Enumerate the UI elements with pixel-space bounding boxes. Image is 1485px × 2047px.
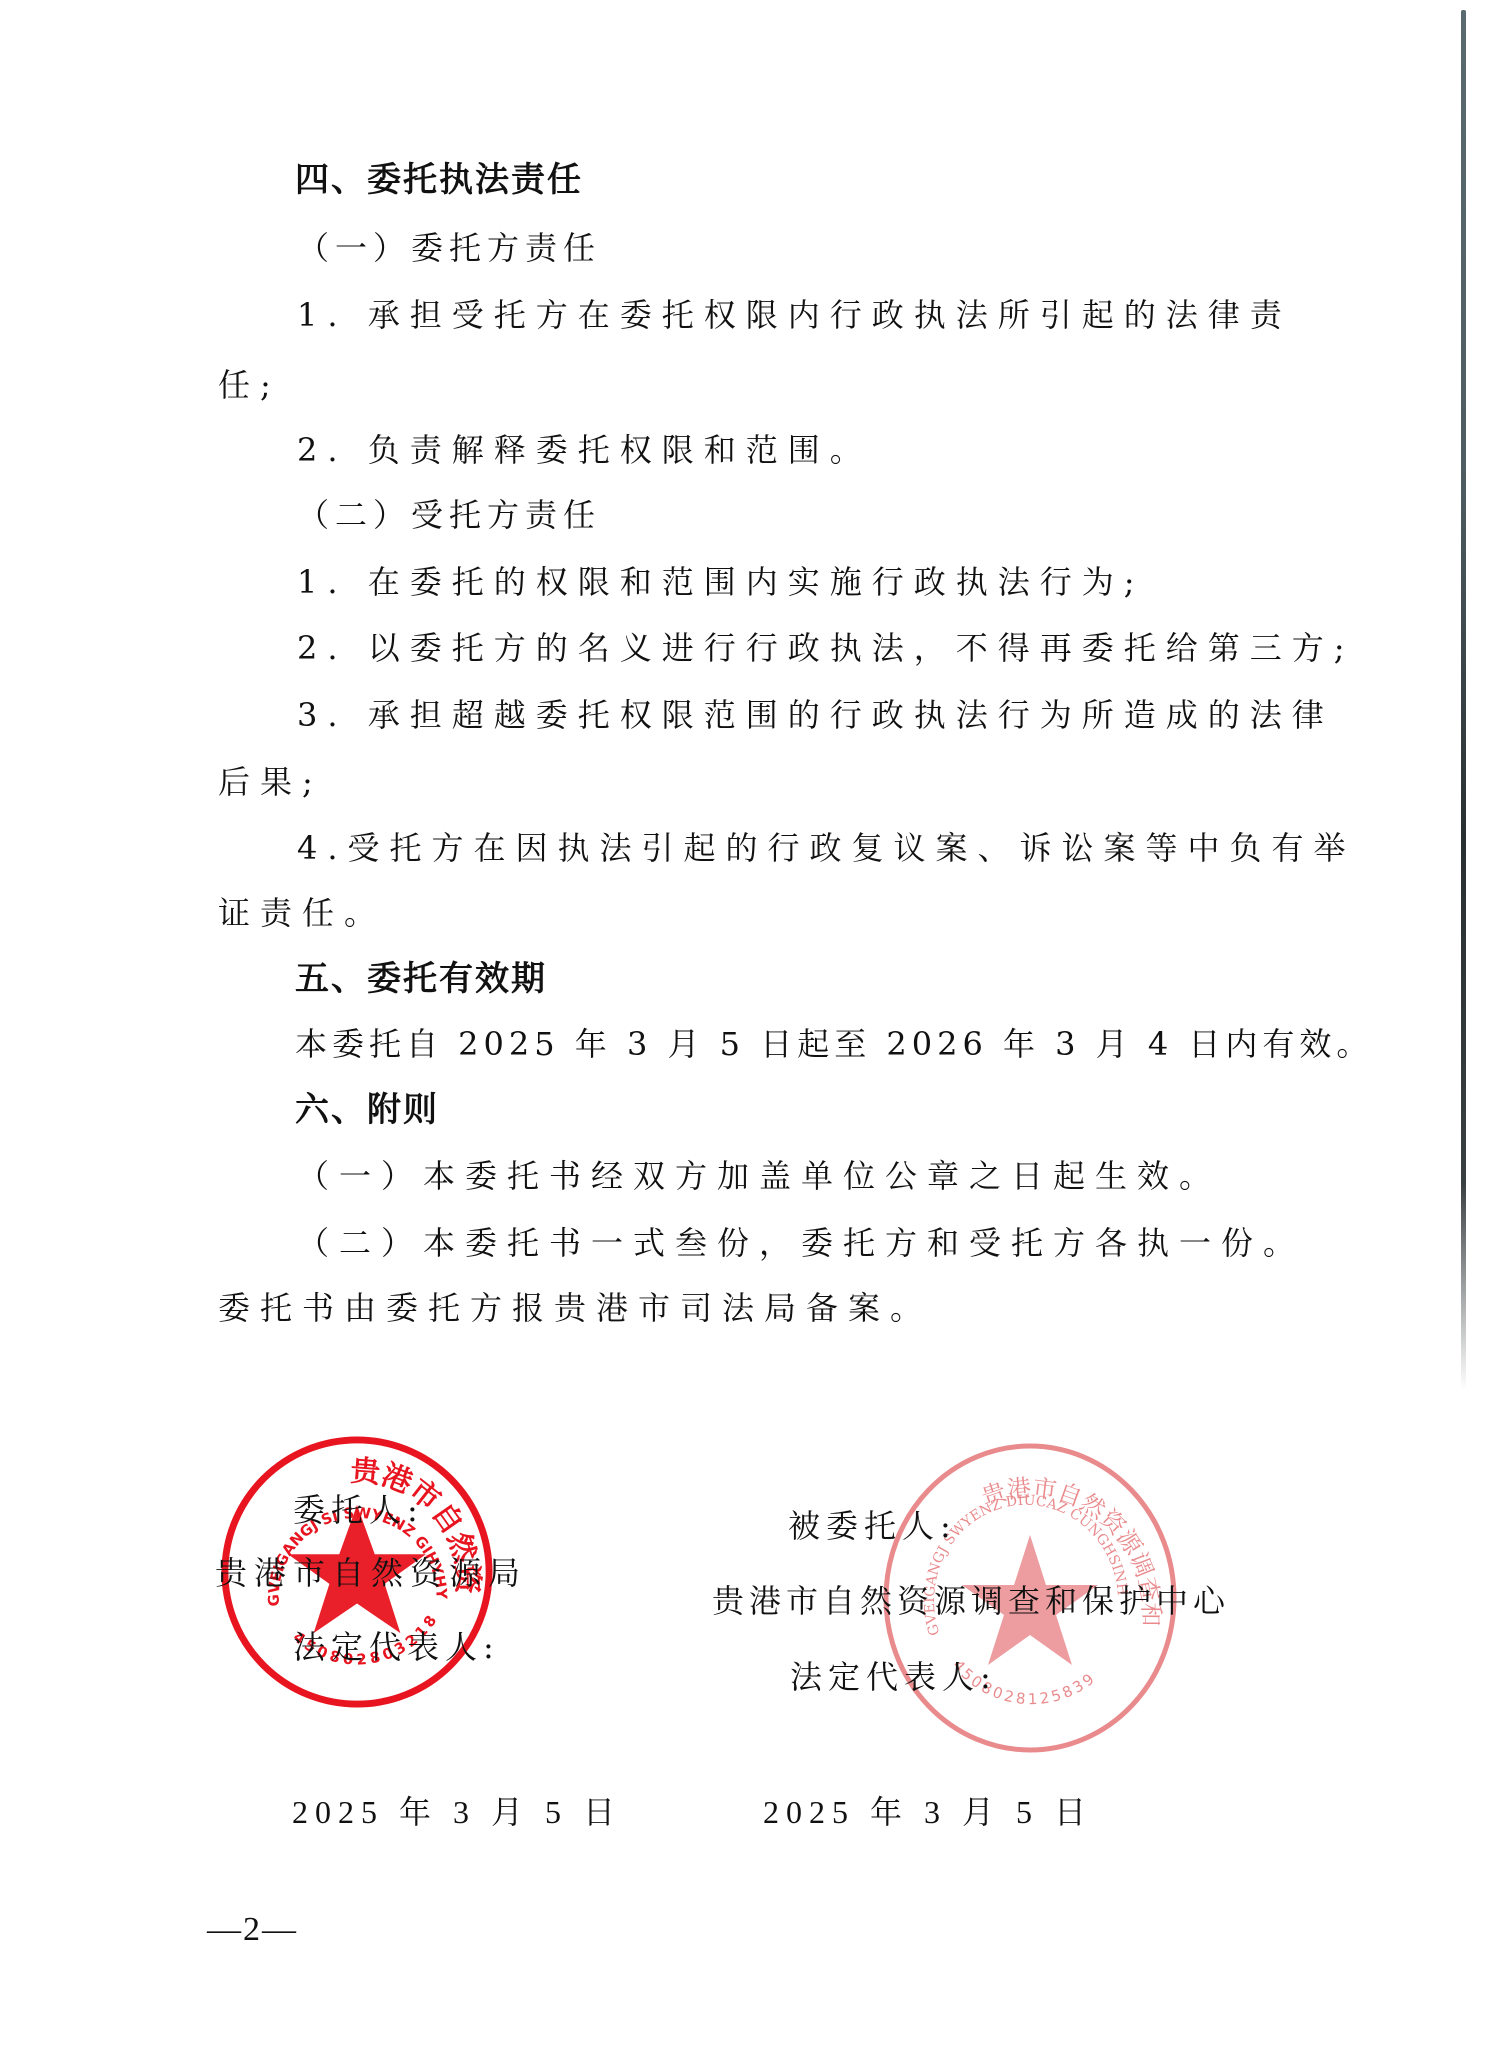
paragraph-line: 2. 以委托方的名义进行行政执法，不得再委托给第三方; [297,632,1355,664]
paragraph-line: 4.受托方在因执法引起的行政复议案、诉讼案等中负有举 [297,832,1356,864]
paragraph-line: （一）本委托书经双方加盖单位公章之日起生效。 [297,1160,1221,1192]
agent-role-label: 被委托人: [788,1510,957,1542]
section-six-heading: 六、附则 [295,1093,439,1127]
document-page: 四、委托执法责任 （一）委托方责任 1. 承担受托方在委托权限内行政执法所引起的… [0,0,1485,2047]
agent-sign-date: 2025 年 3 月 5 日 [763,1796,1093,1828]
paragraph-line: 委托书由委托方报贵港市司法局备案。 [218,1292,932,1324]
paragraph-line: 2. 负责解释委托权限和范围。 [297,434,872,466]
section-four-heading: 四、委托执法责任 [295,163,583,197]
agent-legal-rep-label: 法定代表人: [790,1661,997,1693]
paragraph-line: 3. 承担超越委托权限范围的行政执法行为所造成的法律 [297,699,1334,731]
validity-period-text: 本委托自 2025 年 3 月 5 日起至 2026 年 3 月 4 日内有效。 [295,1028,1373,1060]
paragraph-line: 证责任。 [218,897,386,929]
paragraph-line: 后果; [218,766,323,798]
paragraph-line: 1. 承担受托方在委托权限内行政执法所引起的法律责 [297,299,1292,331]
paragraph-line: 1. 在委托的权限和范围内实施行政执法行为; [297,566,1145,598]
paragraph-line: （二）本委托书一式叁份，委托方和受托方各执一份。 [297,1227,1305,1259]
principal-org-name: 贵港市自然资源局 [215,1557,527,1589]
principal-role-label: 委托人: [293,1494,424,1526]
page-number: —2— [207,1913,298,1947]
paragraph-line: 任; [218,369,281,401]
principal-sign-date: 2025 年 3 月 5 日 [292,1796,622,1828]
section-five-heading: 五、委托有效期 [295,962,547,996]
agent-org-name: 贵港市自然资源调查和保护中心 [712,1585,1230,1617]
scan-binding-edge [1461,10,1466,1390]
principal-legal-rep-label: 法定代表人: [293,1631,500,1663]
sub-heading-principal-responsibility: （一）委托方责任 [297,232,601,264]
sub-heading-agent-responsibility: （二）受托方责任 [297,499,601,531]
